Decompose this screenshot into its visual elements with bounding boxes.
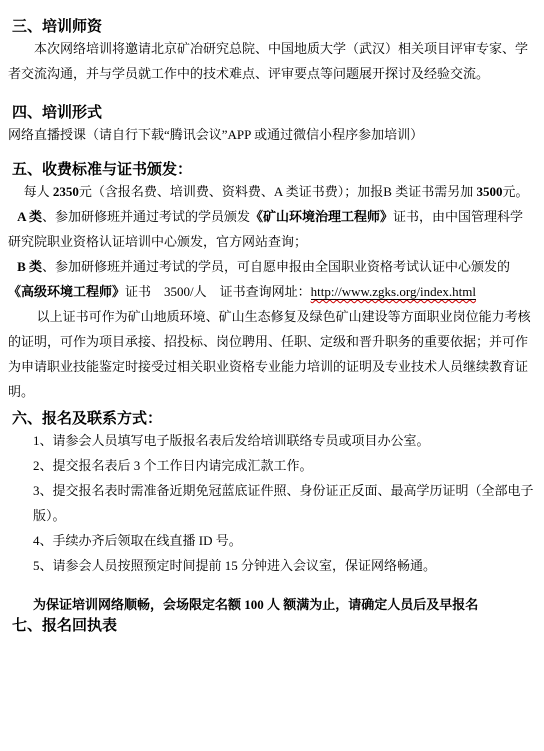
- class-b-certificate-name: 《高级环境工程师》: [8, 284, 125, 299]
- section-heading-registration-receipt-form: 七、报名回执表: [12, 617, 534, 635]
- section-heading-registration-contact: 六、报名及联系方式：: [12, 410, 534, 428]
- section-heading-training-faculty: 三、培训师资: [12, 18, 534, 36]
- registration-step-2: 2、提交报名表后 3 个工作日内请完成汇款工作。: [33, 453, 534, 478]
- section-heading-training-format: 四、培训形式: [12, 104, 534, 122]
- class-a-label: A 类: [17, 209, 42, 224]
- capacity-note: 为保证培训网络顺畅，会场限定名额 100 人 额满为止，请确定人员后及早报名: [33, 592, 534, 617]
- registration-step-3: 3、提交报名表时需准备近期免冠蓝底证件照、身份证正反面、最高学历证明（全部电子版…: [33, 478, 534, 528]
- training-faculty-paragraph: 本次网络培训将邀请北京矿冶研究总院、中国地质大学（武汉）相关项目评审专家、学者交…: [8, 36, 534, 86]
- fee-text: 每人: [24, 184, 53, 199]
- class-b-certificate-line: B 类、参加研修班并通过考试的学员，可自愿申报由全国职业资格考试认证中心颁发的《…: [8, 254, 542, 304]
- class-b-text: 证书 3500/人 证书查询网址：: [125, 284, 311, 299]
- certificate-query-url-text: http://www.zgks.org/index.html: [311, 284, 476, 299]
- certificate-query-link[interactable]: http://www.zgks.org/index.html: [311, 284, 476, 300]
- class-b-text: 、参加研修班并通过考试的学员，可自愿申报由全国职业资格考试认证中心颁发的: [42, 259, 510, 274]
- registration-step-1: 1、请参会人员填写电子版报名表后发给培训联络专员或项目办公室。: [33, 428, 534, 453]
- class-b-label: B 类: [17, 259, 42, 274]
- class-a-certificate-line: A 类、参加研修班并通过考试的学员颁发《矿山环境治理工程师》证书，由中国管理科学…: [8, 204, 534, 254]
- certificate-usage-paragraph: 以上证书可作为矿山地质环境、矿山生态修复及绿色矿山建设等方面职业岗位能力考核的证…: [8, 304, 534, 404]
- training-format-paragraph: 网络直播授课（请自行下载“腾讯会议”APP 或通过微信小程序参加培训）: [8, 122, 534, 147]
- registration-step-5: 5、请参会人员按照预定时间提前 15 分钟进入会议室，保证网络畅通。: [33, 553, 534, 578]
- section-heading-fees-certificates: 五、收费标准与证书颁发：: [12, 161, 534, 179]
- registration-step-4: 4、手续办齐后领取在线直播 ID 号。: [33, 528, 534, 553]
- fee-text: 元。: [502, 184, 528, 199]
- class-a-text: 、参加研修班并通过考试的学员颁发: [42, 209, 250, 224]
- registration-steps-list: 1、请参会人员填写电子版报名表后发给培训联络专员或项目办公室。 2、提交报名表后…: [8, 428, 534, 578]
- fee-amount-a: 2350: [53, 184, 79, 199]
- fee-standard-line: 每人 2350元（含报名费、培训费、资料费、A 类证书费）；加报B 类证书需另加…: [8, 179, 534, 204]
- fee-text: 元（含报名费、培训费、资料费、A 类证书费）；加报B 类证书需另加: [79, 184, 477, 199]
- fee-amount-b: 3500: [476, 184, 502, 199]
- training-notice-document: 三、培训师资 本次网络培训将邀请北京矿冶研究总院、中国地质大学（武汉）相关项目评…: [0, 0, 544, 751]
- class-a-certificate-name: 《矿山环境治理工程师》: [250, 209, 393, 224]
